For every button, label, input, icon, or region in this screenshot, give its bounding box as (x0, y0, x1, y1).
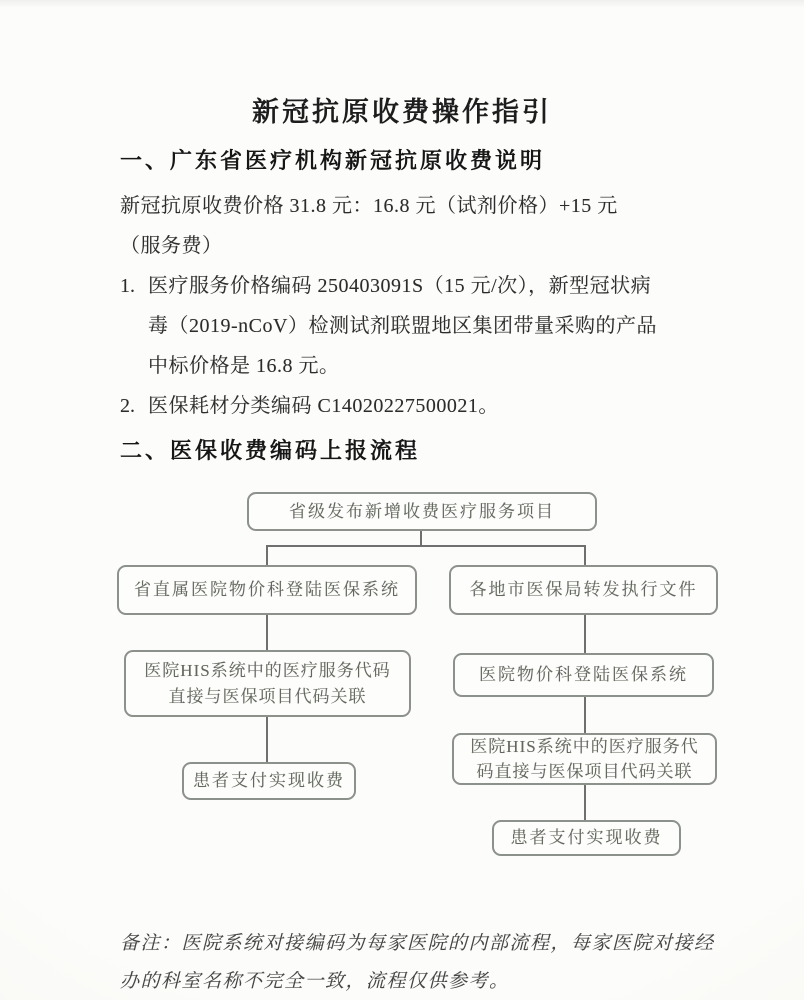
flow-box-left-1: 省直属医院物价科登陆医保系统 (117, 565, 417, 615)
flow-box-right-4: 患者支付实现收费 (492, 820, 681, 856)
flowchart: 省级发布新增收费医疗服务项目 省直属医院物价科登陆医保系统 各地市医保局转发执行… (0, 487, 804, 867)
section1-heading: 一、广东省医疗机构新冠抗原收费说明 (120, 144, 545, 175)
list-item-2: 2. 医保耗材分类编码 C14020227500021。 (120, 386, 732, 426)
flow-connector-right-1 (584, 545, 586, 565)
flow-connector-left-2 (266, 615, 268, 650)
flow-box-right-2: 医院物价科登陆医保系统 (453, 653, 714, 697)
document-page: 新冠抗原收费操作指引 一、广东省医疗机构新冠抗原收费说明 新冠抗原收费价格 31… (0, 0, 804, 1000)
flow-box-right-3: 医院HIS系统中的医疗服务代 码直接与医保项目代码关联 (452, 733, 717, 785)
section1-intro-paragraph: 新冠抗原收费价格 31.8 元：16.8 元（试剂价格）+15 元 （服务费） (120, 186, 720, 266)
flow-connector-right-2 (584, 615, 586, 653)
list-item-2-text: 医保耗材分类编码 C14020227500021。 (148, 386, 732, 426)
section2-heading: 二、医保收费编码上报流程 (120, 434, 420, 465)
flow-box-left-2: 医院HIS系统中的医疗服务代码 直接与医保项目代码关联 (124, 650, 411, 717)
list-item-1-marker: 1. (120, 266, 148, 386)
list-item-1: 1. 医疗服务价格编码 250403091S（15 元/次），新型冠状病 毒（2… (120, 266, 732, 386)
list-item-2-marker: 2. (120, 386, 148, 426)
flow-box-left-3: 患者支付实现收费 (182, 762, 356, 800)
flow-connector-branch-bar (266, 545, 586, 547)
flow-connector-right-3 (584, 697, 586, 733)
flow-connector-right-4 (584, 785, 586, 820)
flow-connector-left-1 (266, 545, 268, 565)
note-remark: 备注：医院系统对接编码为每家医院的内部流程，每家医院对接经 办的科室名称不完全一… (120, 925, 750, 1000)
flow-connector-left-3 (266, 717, 268, 762)
page-title: 新冠抗原收费操作指引 (0, 90, 804, 129)
flow-box-right-1: 各地市医保局转发执行文件 (449, 565, 718, 615)
flow-box-root: 省级发布新增收费医疗服务项目 (247, 492, 597, 531)
flow-connector-root-stub (420, 531, 422, 545)
list-item-1-text: 医疗服务价格编码 250403091S（15 元/次），新型冠状病 毒（2019… (148, 266, 732, 386)
